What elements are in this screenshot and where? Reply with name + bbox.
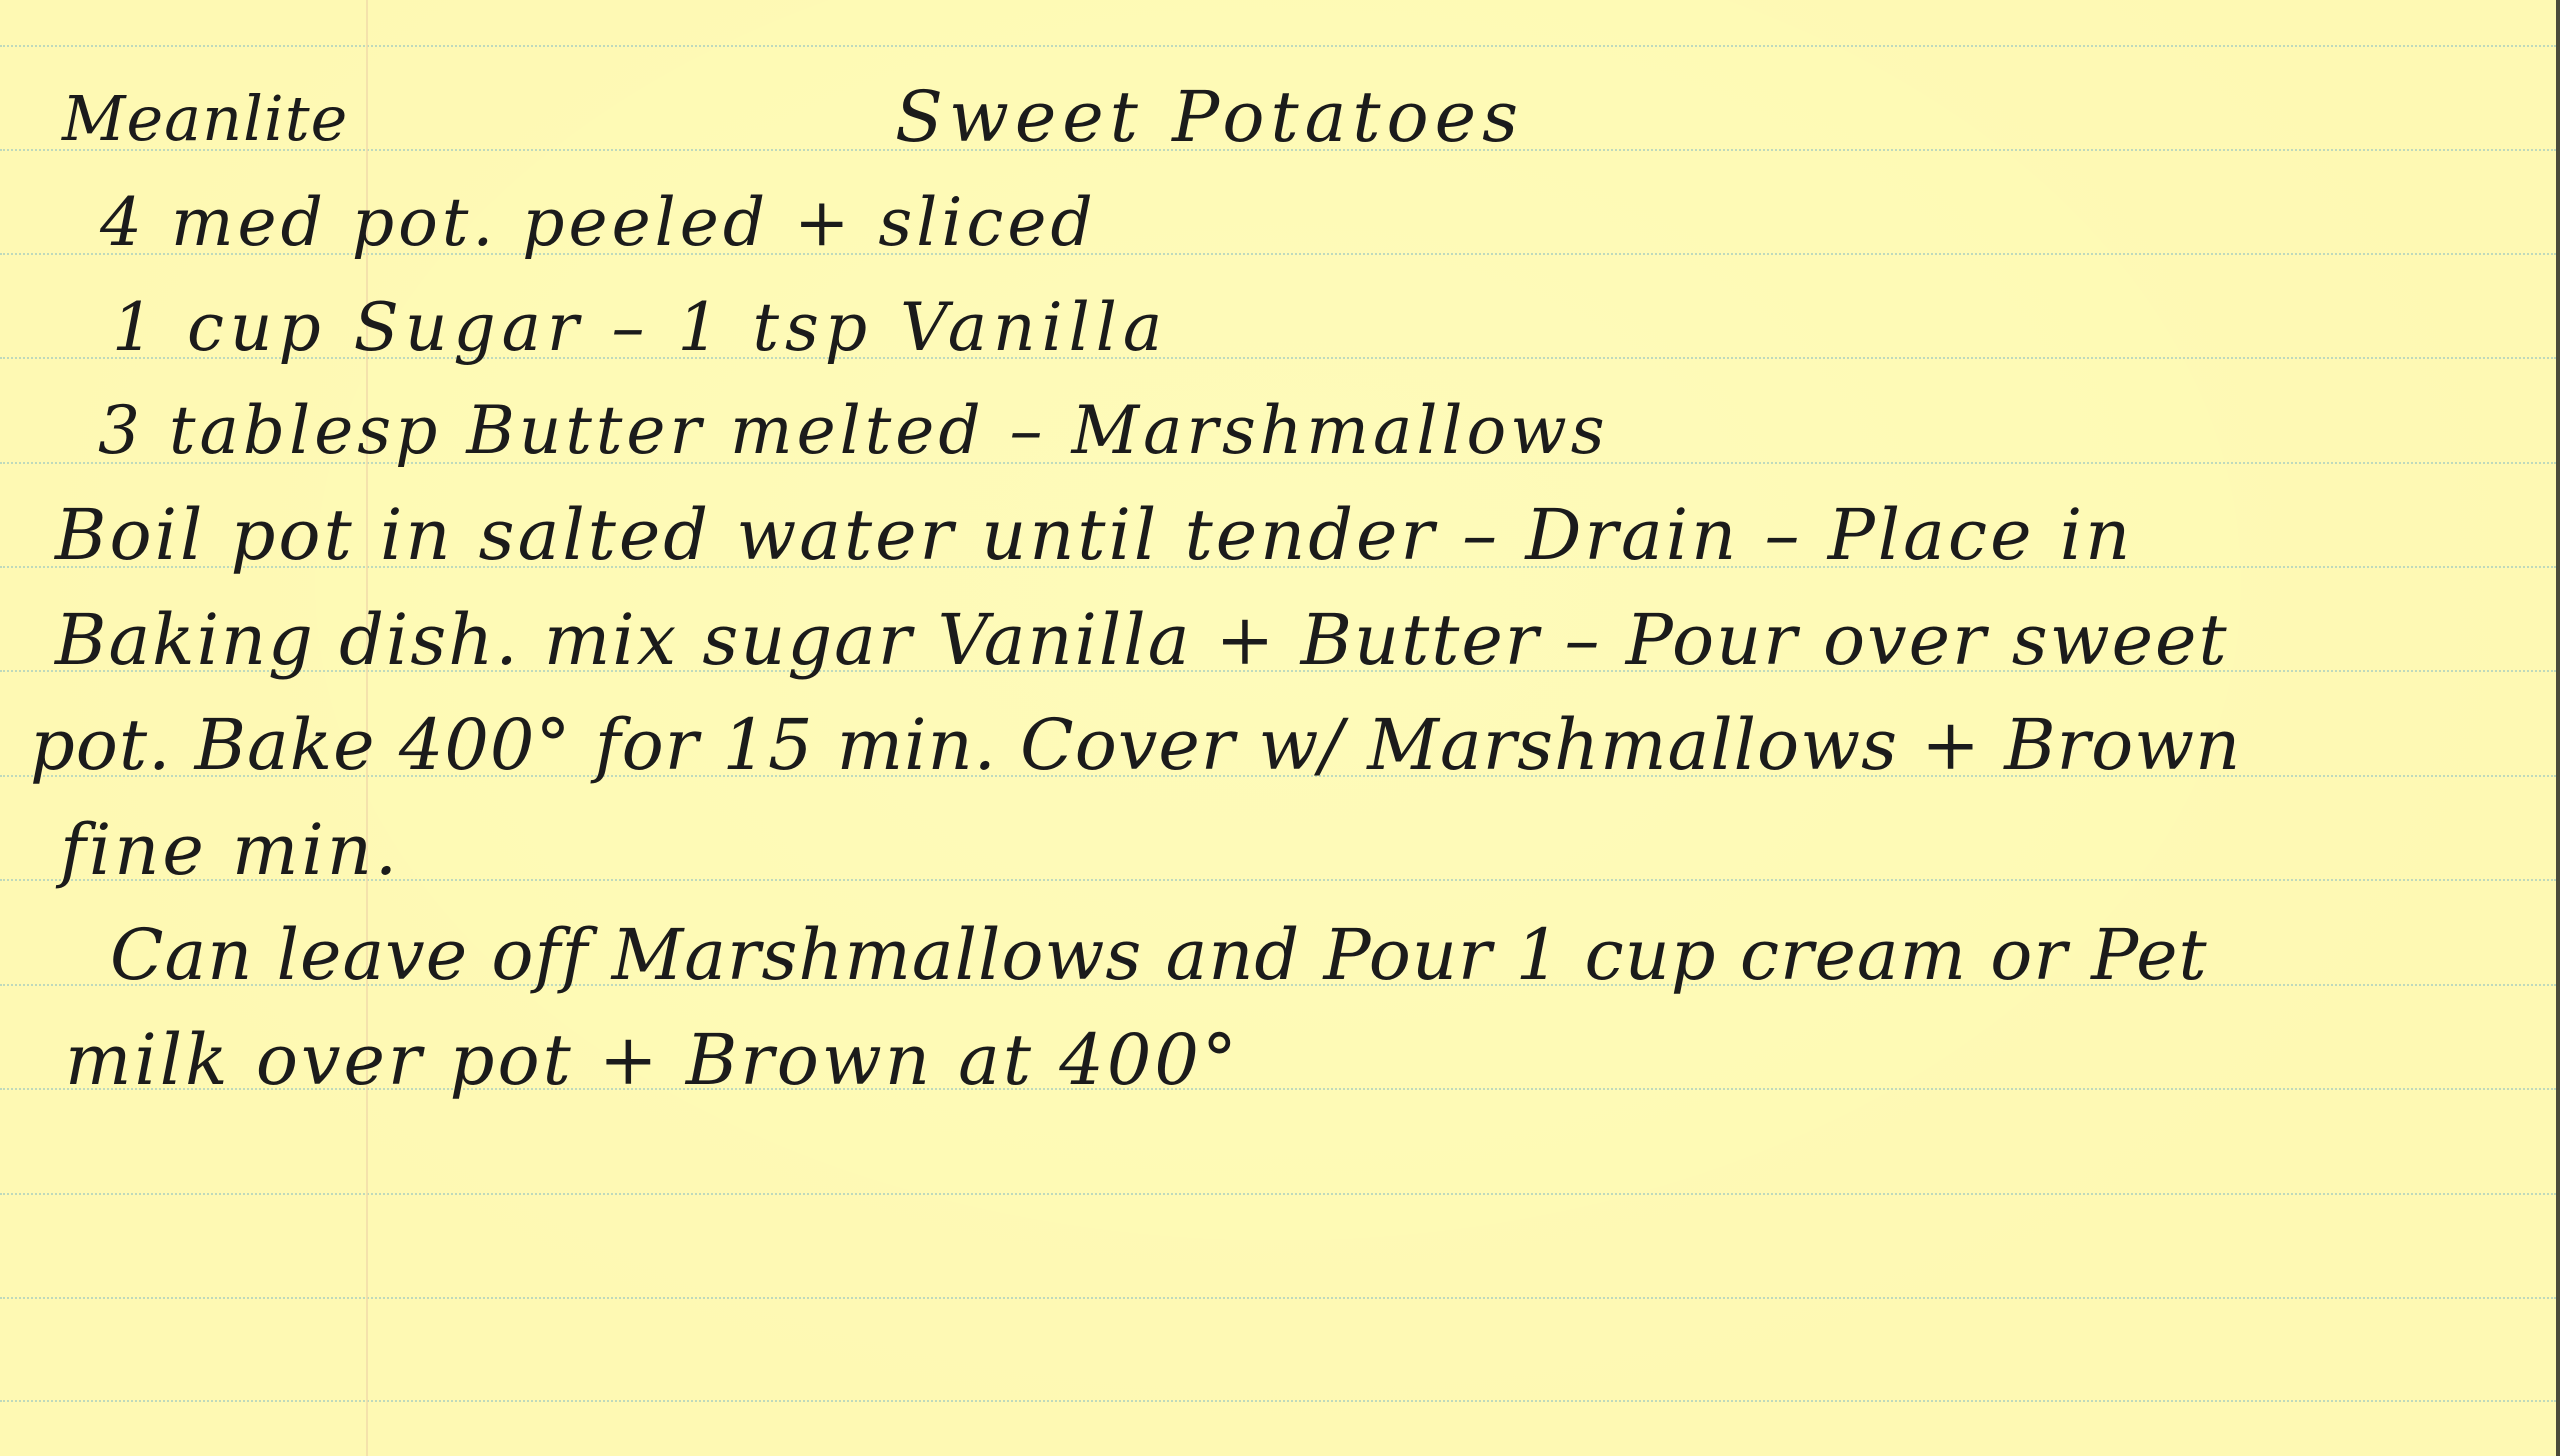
ingredient-line: 4 med pot. peeled + sliced [100,190,1097,256]
ruled-line [0,1297,2556,1299]
instruction-line: Boil pot in salted water until tender – … [55,500,2133,570]
ingredient-line: 3 tablesp Butter melted – Marshmallows [98,398,1609,464]
ingredient-line: 1 cup Sugar – 1 tsp Vanilla [112,295,1168,361]
variation-line: milk over pot + Brown at 400° [65,1025,1240,1095]
instruction-line: pot. Bake 400° for 15 min. Cover w/ Mars… [30,710,2241,780]
recipe-title: Sweet Potatoes [895,82,1524,152]
instruction-line: Baking dish. mix sugar Vanilla + Butter … [55,605,2229,675]
recipe-card: Meanlite Sweet Potatoes 4 med pot. peele… [0,0,2560,1456]
ruled-line [0,1400,2556,1402]
ruled-line [0,45,2556,47]
recipe-source: Meanlite [62,88,348,150]
instruction-line: fine min. [60,815,400,885]
ruled-line [0,1193,2556,1195]
variation-line: Can leave off Marshmallows and Pour 1 cu… [110,920,2208,990]
